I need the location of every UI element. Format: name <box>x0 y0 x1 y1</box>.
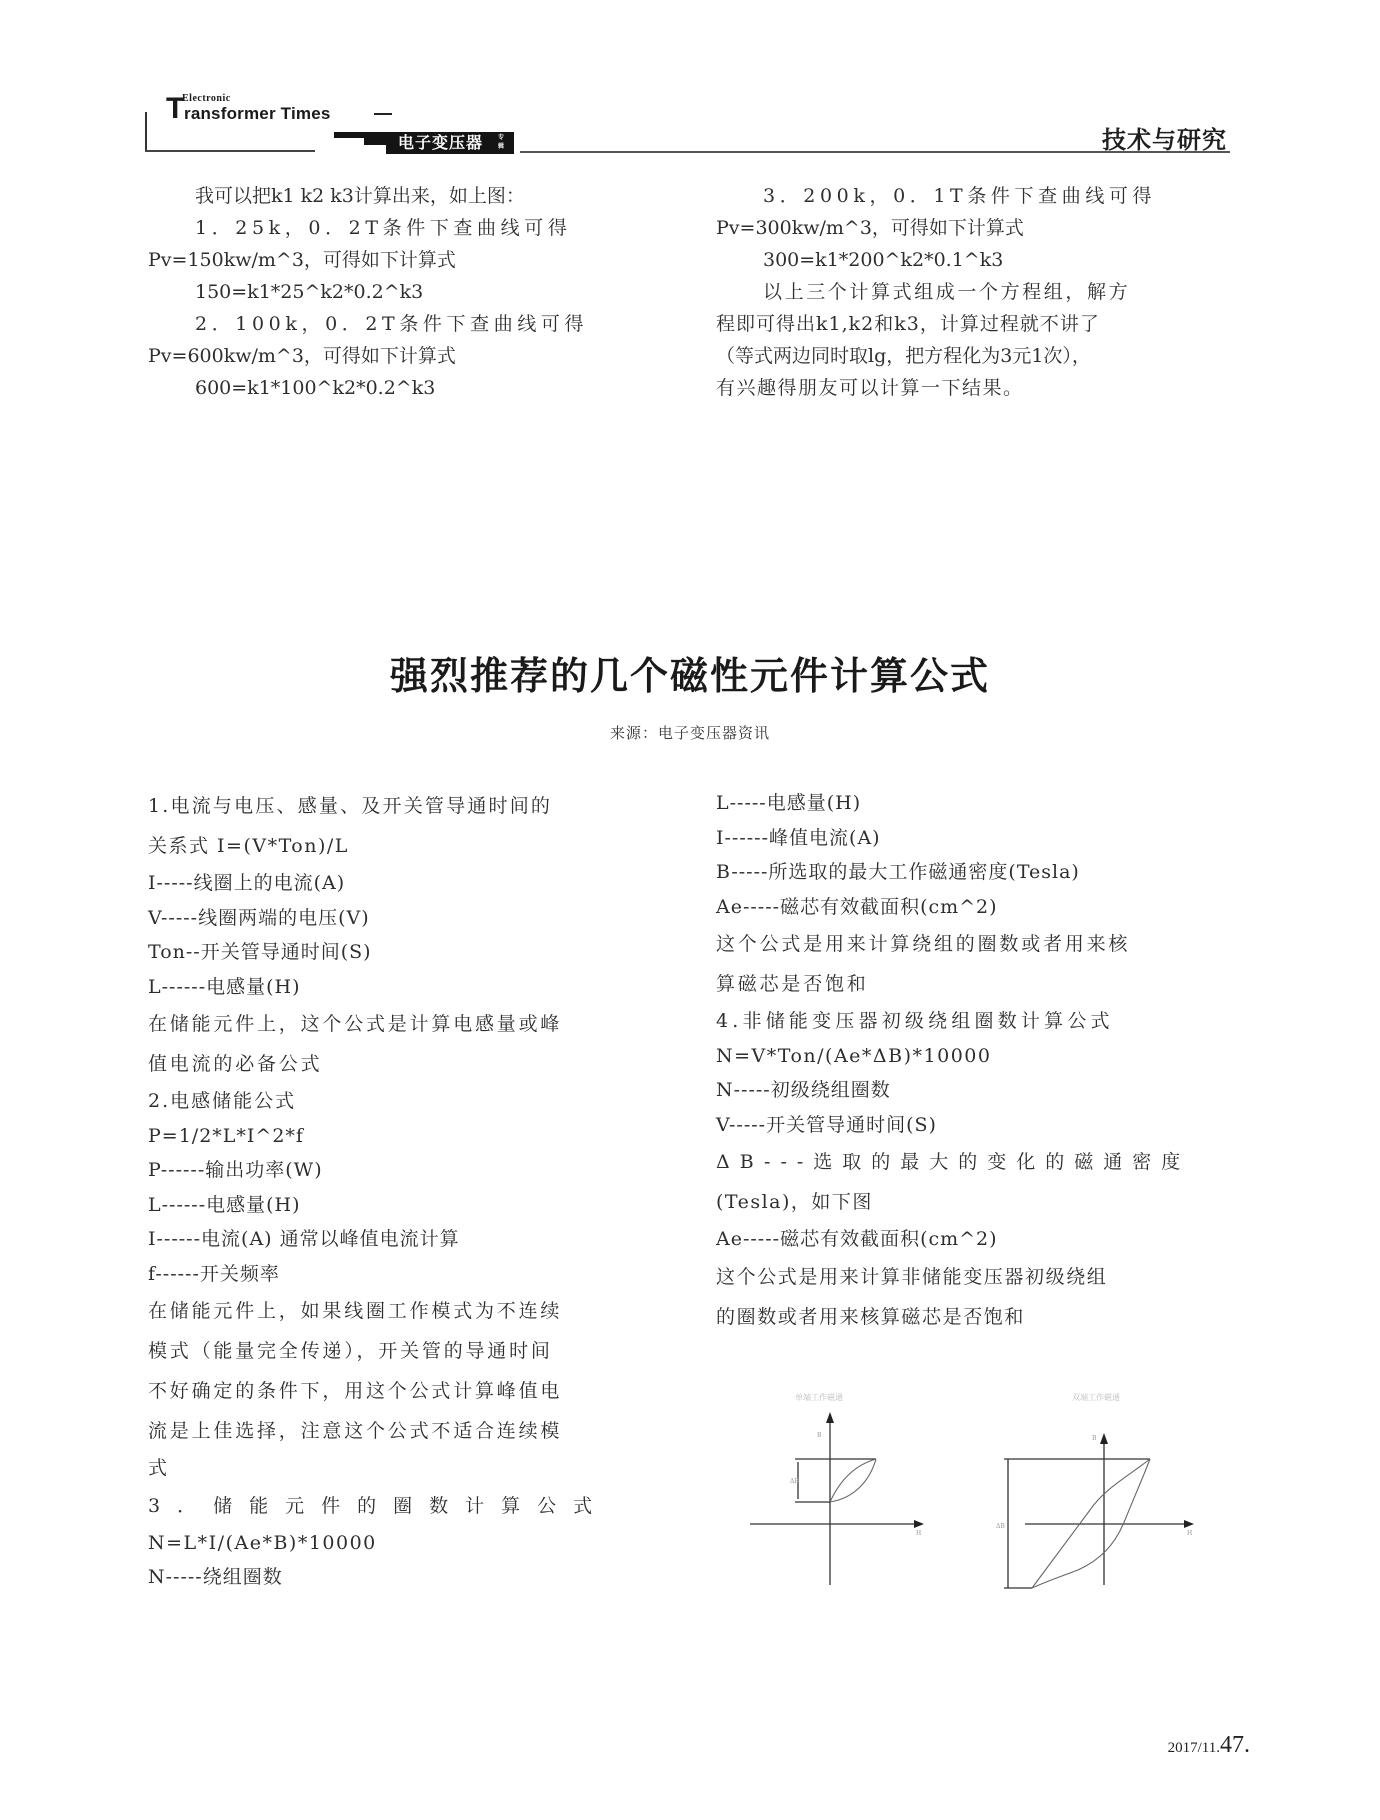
paragraph-line: 这个公式是用来计算非储能变压器初级绕组 <box>716 1257 1224 1297</box>
svg-text:ΔB: ΔB <box>996 1523 1005 1530</box>
definition-line: V-----开关管导通时间(S) <box>716 1108 1224 1143</box>
paragraph-line: 算磁芯是否饱和 <box>716 964 1224 1004</box>
paragraph-line: 流是上佳选择，注意这个公式不适合连续模 <box>148 1411 656 1451</box>
definition-line: Ton--开关管导通时间(S) <box>148 935 656 970</box>
paragraph-line: Pv=150kw/m^3，可得如下计算式 <box>148 244 656 276</box>
definition-line: I------电流(A) 通常以峰值电流计算 <box>148 1222 656 1257</box>
definition-line: Ae-----磁芯有效截面积(cm^2) <box>716 890 1224 925</box>
page-number: 2017/11.47. <box>1168 1732 1250 1759</box>
logo-dash <box>374 113 392 115</box>
article-title: 强烈推荐的几个磁性元件计算公式 <box>0 645 1380 700</box>
formula-line: 关系式 I=(V*Ton)/L <box>148 826 656 866</box>
svg-text:H: H <box>1187 1530 1192 1537</box>
svg-text:B: B <box>817 1432 822 1439</box>
formula-line: P=1/2*L*I^2*f <box>148 1119 656 1154</box>
paragraph-line: 这个公式是用来计算绕组的圈数或者用来核 <box>716 924 1224 964</box>
svg-text:B: B <box>1092 1435 1097 1442</box>
paragraph-line: 在储能元件上，这个公式是计算电感量或峰 <box>148 1004 656 1044</box>
section-heading-3: 3．储能元件的圈数计算公式 <box>148 1486 656 1526</box>
bh-curve-unipolar-diagram: B H ΔB <box>740 1380 980 1590</box>
journal-tag-special: 专辑 <box>498 133 508 151</box>
bh-curve-bipolar-diagram: B H ΔB <box>980 1380 1240 1590</box>
section-label: 技术与研究 <box>1102 120 1227 155</box>
section-heading-2: 2.电感储能公式 <box>148 1084 656 1119</box>
formula-line: 600=k1*100^k2*0.2^k3 <box>148 372 656 404</box>
definition-line: L------电感量(H) <box>148 970 656 1005</box>
definition-line: N-----初级绕组圈数 <box>716 1073 1224 1108</box>
definition-line: P------输出功率(W) <box>148 1153 656 1188</box>
paragraph-line: 式 <box>148 1451 656 1486</box>
continuation-right-column: 3．200k，0．1T条件下查曲线可得 Pv=300kw/m^3，可得如下计算式… <box>716 180 1224 404</box>
journal-tag-text: 电子变压器 <box>398 132 483 154</box>
paragraph-line: 在储能元件上，如果线圈工作模式为不连续 <box>148 1291 656 1331</box>
paragraph-line: 我可以把k1 k2 k3计算出来，如上图： <box>148 180 656 212</box>
paragraph-line: 不好确定的条件下，用这个公式计算峰值电 <box>148 1371 656 1411</box>
definition-line: L-----电感量(H) <box>716 786 1224 821</box>
paragraph-line: 的圈数或者用来核算磁芯是否饱和 <box>716 1297 1224 1337</box>
article-right-column: L-----电感量(H) I------峰值电流(A) B-----所选取的最大… <box>716 786 1224 1337</box>
logo-electronic: Electronic <box>182 93 231 104</box>
formula-line: N=L*I/(Ae*B)*10000 <box>148 1526 656 1561</box>
definition-line: I-----线圈上的电流(A) <box>148 866 656 901</box>
paragraph-line: Pv=300kw/m^3，可得如下计算式 <box>716 212 1224 244</box>
paragraph-line: 1．25k，0．2T条件下查曲线可得 <box>148 212 656 244</box>
section-heading-1: 1.电流与电压、感量、及开关管导通时间的 <box>148 786 656 826</box>
definition-line: I------峰值电流(A) <box>716 821 1224 856</box>
paragraph-line: 程即可得出k1,k2和k3，计算过程就不讲了 <box>716 308 1224 340</box>
paragraph-line: 有兴趣得朋友可以计算一下结果。 <box>716 372 1224 404</box>
paragraph-line: 3．200k，0．1T条件下查曲线可得 <box>716 180 1224 212</box>
journal-tag-step2 <box>364 145 386 154</box>
definition-line: N-----绕组圈数 <box>148 1560 656 1595</box>
paragraph-line: 以上三个计算式组成一个方程组，解方 <box>716 276 1224 308</box>
definition-line: B-----所选取的最大工作磁通密度(Tesla) <box>716 855 1224 890</box>
definition-line: f------开关频率 <box>148 1257 656 1292</box>
article-left-column: 1.电流与电压、感量、及开关管导通时间的 关系式 I=(V*Ton)/L I--… <box>148 786 656 1595</box>
formula-line: 150=k1*25^k2*0.2^k3 <box>148 276 656 308</box>
journal-tag-step <box>334 138 364 154</box>
masthead-rule-left <box>145 150 315 152</box>
svg-text:ΔB: ΔB <box>790 1478 799 1485</box>
formula-line: N=V*Ton/(Ae*ΔB)*10000 <box>716 1039 1224 1074</box>
paragraph-line: 值电流的必备公式 <box>148 1044 656 1084</box>
article-source: 来源：电子变压器资讯 <box>0 722 1380 743</box>
svg-text:H: H <box>916 1530 921 1537</box>
logo-title: ransformer Times <box>184 104 331 124</box>
continuation-left-column: 我可以把k1 k2 k3计算出来，如上图： 1．25k，0．2T条件下查曲线可得… <box>148 180 656 404</box>
page-number-value: 47. <box>1220 1732 1250 1758</box>
paragraph-line: 2．100k，0．2T条件下查曲线可得 <box>148 308 656 340</box>
issue-date: 2017/11. <box>1168 1740 1220 1756</box>
paragraph-line: (Tesla)，如下图 <box>716 1182 1224 1222</box>
paragraph-line: （等式两边同时取lg，把方程化为3元1次）， <box>716 340 1224 372</box>
definition-line: L------电感量(H) <box>148 1188 656 1223</box>
definition-line: ΔB---选取的最大的变化的磁通密度 <box>716 1142 1224 1182</box>
paragraph-line: 模式（能量完全传递），开关管的导通时间 <box>148 1331 656 1371</box>
definition-line: V-----线圈两端的电压(V) <box>148 901 656 936</box>
journal-tag-step-top <box>334 132 368 138</box>
paragraph-line: Pv=600kw/m^3，可得如下计算式 <box>148 340 656 372</box>
definition-line: Ae-----磁芯有效截面积(cm^2) <box>716 1222 1224 1257</box>
bh-curve-figures: 单端工作磁通 B H ΔB 双端工作磁通 B H ΔB <box>740 1380 1240 1590</box>
formula-line: 300=k1*200^k2*0.1^k3 <box>716 244 1224 276</box>
section-heading-4: 4.非储能变压器初级绕组圈数计算公式 <box>716 1004 1224 1039</box>
